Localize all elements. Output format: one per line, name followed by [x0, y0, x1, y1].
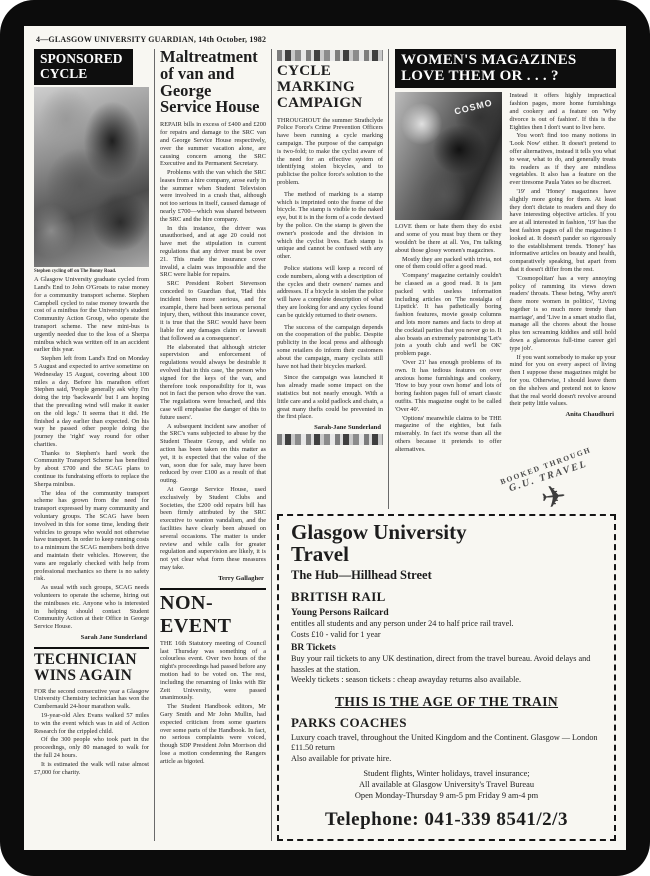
- headline-maltreatment: Maltreatment of van and George Service H…: [160, 49, 266, 116]
- ad-heading-parks-coaches: PARKS COACHES: [291, 715, 602, 731]
- paragraph: 'Cosmopolitan' has a very annoying polic…: [510, 275, 617, 353]
- paragraph: '19' and 'Honey' magazines have slightly…: [510, 188, 617, 274]
- halftone-bar-top: [277, 50, 383, 61]
- ad-slogan: THIS IS THE AGE OF THE TRAIN: [291, 694, 602, 710]
- paragraph: Instead it offers highly impractical fas…: [510, 92, 617, 131]
- paragraph: As usual with such groups, SCAG needs vo…: [34, 584, 149, 631]
- headline-line: SPONSORED: [40, 52, 127, 67]
- headline-line: LOVE THEM OR . . . ?: [401, 68, 610, 84]
- paragraph: A Glasgow University graduate cycled fro…: [34, 276, 149, 354]
- paragraph: He elaborated that although stricter sup…: [160, 344, 266, 422]
- paragraph: THROUGHOUT the summer Strathclyde Police…: [277, 117, 383, 187]
- byline: Terry Gallagher: [160, 575, 264, 582]
- newspaper-page: 4—GLASGOW UNIVERSITY GUARDIAN, 14th Octo…: [24, 26, 626, 850]
- paragraph: You won't find too many notions in 'Look…: [510, 132, 617, 187]
- paragraph: In this instance, the driver was unautho…: [160, 225, 266, 280]
- paragraph: At George Service House, used exclusivel…: [160, 486, 266, 572]
- paragraph: Thanks to Stephen's hard work the Commun…: [34, 450, 149, 489]
- paragraph: Of the 300 people who took part in the p…: [34, 736, 149, 759]
- headline-non-event: NON-EVENT: [160, 588, 266, 638]
- ad-text: All available at Glasgow University's Tr…: [291, 780, 602, 791]
- cyclist-photo: [34, 87, 149, 267]
- womens-right-subcolumn: Instead it offers highly impractical fas…: [506, 92, 617, 454]
- headline-line: CYCLE: [40, 67, 127, 82]
- paragraph: 'Company' magazine certainly couldn't be…: [395, 272, 502, 358]
- ad-text: Luxury coach travel, throughout the Unit…: [291, 733, 602, 754]
- ad-text: Student flights, Winter holidays, travel…: [291, 769, 602, 780]
- ad-heading-british-rail: BRITISH RAIL: [291, 589, 602, 605]
- paragraph: LOVE them or hate them they do exist and…: [395, 223, 502, 254]
- paragraph: REPAIR bills in excess of £400 and £200 …: [160, 121, 266, 168]
- headline-sponsored-cycle: SPONSORED CYCLE: [34, 49, 133, 85]
- headline-technician: TECHNICIAN WINS AGAIN: [34, 647, 149, 685]
- ad-phone-number: Telephone: 041-339 8541/2/3: [291, 809, 602, 831]
- paragraph: FOR the second consecutive year a Glasgo…: [34, 688, 149, 711]
- ad-text: Open Monday-Thursday 9 am-5 pm Friday 9 …: [291, 791, 602, 802]
- halftone-bar-bottom: [277, 434, 383, 445]
- columns: SPONSORED CYCLE Stephen cycling off on T…: [34, 49, 616, 841]
- headline-cycle-marking: CYCLE MARKING CAMPAIGN: [277, 64, 383, 112]
- paragraph: Police stations will keep a record of co…: [277, 265, 383, 320]
- womens-left-subcolumn: COSMO LOVE them or hate them they do exi…: [395, 92, 506, 454]
- photo-caption: Stephen cycling off on The Bonny Road.: [34, 269, 149, 274]
- ad-text: Also available for private hire.: [291, 754, 602, 765]
- ad-heading-br-tickets: BR Tickets: [291, 643, 602, 653]
- magazine-title-label: COSMO: [454, 98, 494, 117]
- ad-center-block: Student flights, Winter holidays, travel…: [291, 769, 602, 802]
- paragraph: The method of marking is a stamp which i…: [277, 191, 383, 261]
- right-region: CYCLE MARKING CAMPAIGN THROUGHOUT the su…: [272, 49, 616, 841]
- column-2: Maltreatment of van and George Service H…: [155, 49, 272, 841]
- paragraph: Stephen left from Land's End on Monday 5…: [34, 355, 149, 449]
- byline: Sarah-Jane Sunderland: [277, 424, 381, 431]
- paragraph: 'Over 21' has enough problems of its own…: [395, 359, 502, 414]
- paragraph: The Student Handbook editors, Mr Gary Sm…: [160, 703, 266, 765]
- ad-text: Weekly tickets : season tickets : cheap …: [291, 675, 602, 686]
- headline-line: WOMEN'S MAGAZINES: [401, 52, 610, 68]
- womens-article-columns: COSMO LOVE them or hate them they do exi…: [395, 92, 616, 454]
- paragraph: It is estimated the walk will raise almo…: [34, 761, 149, 777]
- paragraph: 19-year-old Alex Evans walked 57 miles t…: [34, 712, 149, 735]
- ad-text: Buy your rail tickets to any UK destinat…: [291, 654, 602, 675]
- column-1: SPONSORED CYCLE Stephen cycling off on T…: [34, 49, 155, 841]
- masthead: 4—GLASGOW UNIVERSITY GUARDIAN, 14th Octo…: [36, 35, 616, 44]
- ad-text: entitles all students and any person und…: [291, 619, 602, 630]
- ad-heading-railcard: Young Persons Railcard: [291, 608, 602, 618]
- paragraph: Problems with the van which the SRC leas…: [160, 169, 266, 224]
- column-3: CYCLE MARKING CAMPAIGN THROUGHOUT the su…: [277, 49, 389, 509]
- ad-address: The Hub—Hillhead Street: [291, 568, 602, 583]
- ad-text: Costs £10 - valid for 1 year: [291, 630, 602, 641]
- right-upper: CYCLE MARKING CAMPAIGN THROUGHOUT the su…: [277, 49, 616, 509]
- paragraph: SRC President Robert Stevenson conceded …: [160, 280, 266, 342]
- paragraph: Since the campaign was launched it has a…: [277, 374, 383, 421]
- paragraph: The idea of the community transport sche…: [34, 490, 149, 584]
- column-4: WOMEN'S MAGAZINES LOVE THEM OR . . . ? C…: [389, 49, 616, 509]
- magazines-photo: COSMO: [395, 92, 502, 220]
- byline: Sarah Jane Sunderland: [34, 634, 147, 641]
- travel-advert: BOOKED THROUGH G.U. TRAVEL ✈ Glasgow Uni…: [277, 514, 616, 841]
- paragraph: If you want somebody to make up your min…: [510, 354, 617, 409]
- paragraph: The success of the campaign depends on t…: [277, 324, 383, 371]
- paragraph: 'Options' meanwhile claims to be THE mag…: [395, 415, 502, 454]
- paragraph: Mostly they are packed with trivia, not …: [395, 256, 502, 272]
- scanned-page-frame: 4—GLASGOW UNIVERSITY GUARDIAN, 14th Octo…: [0, 0, 650, 876]
- paragraph: THE 16th Statutory meeting of Council la…: [160, 640, 266, 702]
- headline-womens-magazines: WOMEN'S MAGAZINES LOVE THEM OR . . . ?: [395, 49, 616, 88]
- ad-title: Glasgow University Travel: [291, 522, 484, 565]
- paragraph: A subsequent incident saw another of the…: [160, 423, 266, 485]
- byline: Anita Chaudhuri: [510, 411, 615, 418]
